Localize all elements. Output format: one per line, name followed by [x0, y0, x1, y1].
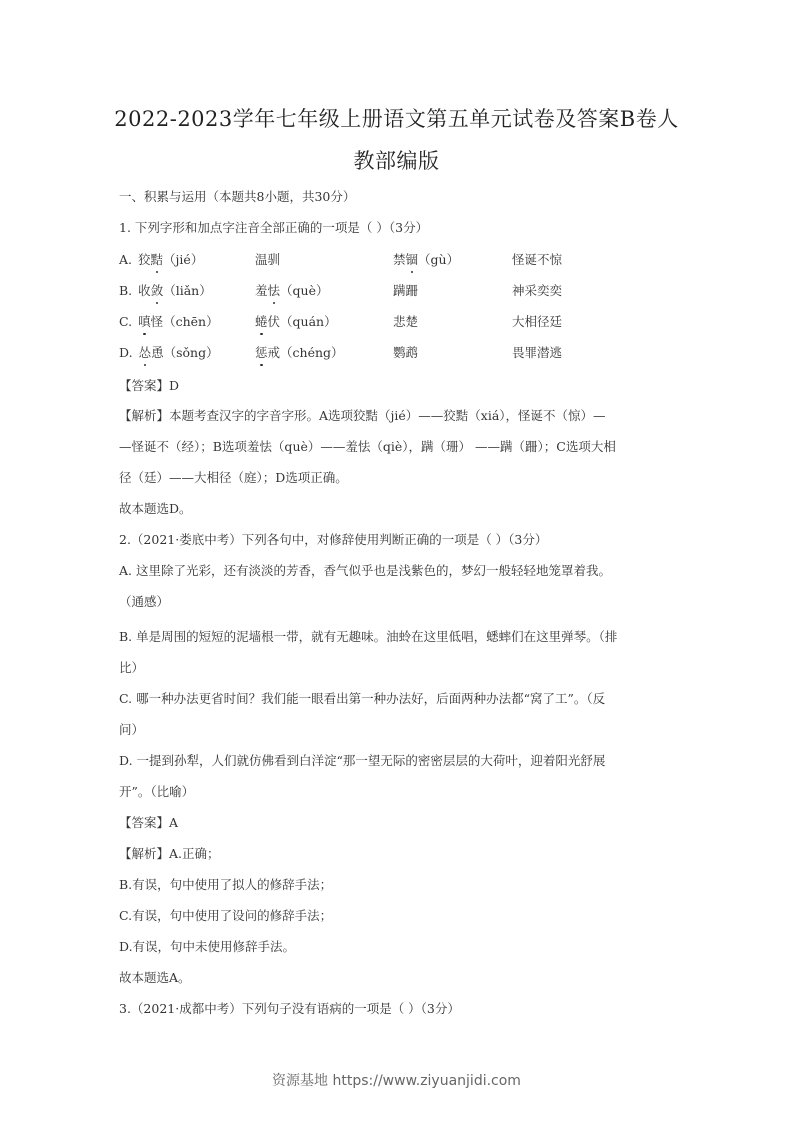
emphasis-dot-char: 嗔: [138, 312, 151, 330]
option-item: 温驯: [255, 250, 280, 268]
option-item: C.嗔怪（chēn）: [119, 312, 219, 330]
question-1-stem: 1. 下列字形和加点字注音全部正确的一项是（ ）（3分）: [119, 218, 428, 236]
emphasis-dot-char: 惩: [255, 343, 268, 361]
question-1-analysis-line: —怪诞不（经）；B选项羞怯（què）——羞怯（qiè），蹒（珊） ——蹒（跚）；…: [119, 437, 616, 455]
question-2-option-line: （通感）: [119, 592, 169, 610]
word-text: 禁: [393, 252, 406, 267]
option-item: 蜷伏（quán）: [255, 312, 337, 330]
option-label: A.: [119, 252, 132, 267]
question-3-stem: 3.（2021·成都中考）下列句子没有语病的一项是（ ）（3分）: [119, 999, 460, 1017]
emphasis-dot-char: 怯: [268, 281, 281, 299]
pinyin-text: 戒（chéng）: [268, 345, 344, 360]
pinyin-text: （jié）: [163, 252, 203, 267]
option-item: 悲楚: [393, 312, 418, 330]
word-text: 鹦鹉: [393, 345, 418, 360]
option-item: D.怂恿（sǒng）: [119, 343, 219, 361]
question-2-option-line: A. 这里除了光彩，还有淡淡的芳香，香气似乎也是浅紫色的，梦幻一般轻轻地笼罩着我…: [119, 561, 611, 579]
question-2-option-line: C. 哪一种办法更省时间？我们能一眼看出第一种办法好，后面两种办法都“窝了工”。…: [119, 689, 605, 707]
word-text: 羞: [255, 283, 268, 298]
emphasis-dot-char: 黠: [151, 250, 164, 268]
option-item: 畏罪潜逃: [512, 343, 562, 361]
word-text: 神采奕奕: [512, 283, 562, 298]
question-2-analysis-line: B.有误，句中使用了拟人的修辞手法；: [119, 875, 332, 893]
emphasis-dot-char: 敛: [151, 281, 164, 299]
word-text: 怪诞不惊: [512, 252, 562, 267]
question-2-option-line: 比）: [119, 658, 144, 676]
option-label: C.: [119, 314, 132, 329]
question-2-option-line: 开”。（比喻）: [119, 782, 194, 800]
question-2-answer: 【答案】A: [119, 813, 178, 831]
question-2-option-line: B. 单是周围的短短的泥墙根一带，就有无趣味。油蛉在这里低唱，蟋蟀们在这里弹琴。…: [119, 627, 617, 645]
word-text: 狡: [138, 252, 151, 267]
pinyin-text: 伏（quán）: [268, 314, 337, 329]
question-2-stem: 2.（2021·娄底中考）下列各句中，对修辞使用判断正确的一项是（ ）（3分）: [119, 530, 547, 548]
option-item: 大相径廷: [512, 312, 562, 330]
option-item: B.收敛（liǎn）: [119, 281, 212, 299]
word-text: 大相径廷: [512, 314, 562, 329]
question-2-analysis-line: D.有误，句中未使用修辞手法。: [119, 937, 295, 955]
word-text: 悲楚: [393, 314, 418, 329]
document-title-line1: 2022-2023学年七年级上册语文第五单元试卷及答案B卷人: [110, 98, 683, 140]
pinyin-text: （gù）: [418, 252, 459, 267]
question-1-analysis-line: 【解析】本题考查汉字的字音字形。A选项狡黠（jié）——狡黠（xiá），怪诞不（…: [119, 406, 606, 424]
emphasis-dot-char: 蜷: [255, 312, 268, 330]
question-1-conclusion: 故本题选D。: [119, 499, 192, 517]
option-label: D.: [119, 345, 133, 360]
option-label: B.: [119, 283, 132, 298]
question-2-option-line: D. 一提到孙犁，人们就仿佛看到白洋淀“那一望无际的密密层层的大荷叶，迎着阳光舒…: [119, 751, 605, 769]
question-2-analysis-line: 【解析】A.正确；: [119, 844, 220, 862]
option-item: 禁锢（gù）: [393, 250, 459, 268]
question-2-option-line: 问）: [119, 720, 144, 738]
pinyin-text: （què）: [280, 283, 328, 298]
document-title-line2: 教部编版: [110, 140, 683, 182]
option-item: 羞怯（què）: [255, 281, 328, 299]
option-item: 蹒跚: [393, 281, 418, 299]
section-heading: 一、积累与运用（本题共8小题，共30分）: [119, 187, 355, 205]
word-text: 蹒跚: [393, 283, 418, 298]
question-1-answer: 【答案】D: [119, 376, 179, 394]
word-text: 温驯: [255, 252, 280, 267]
option-item: 神采奕奕: [512, 281, 562, 299]
question-1-analysis-line: 径（廷）——大相径（庭）；D选项正确。: [119, 468, 348, 486]
pinyin-text: 怪（chēn）: [151, 314, 219, 329]
pinyin-text: 恿（sǒng）: [151, 345, 219, 360]
option-item: A.狡黠（jié）: [119, 250, 203, 268]
word-text: 收: [138, 283, 151, 298]
footer-watermark: 资源基地 https://www.ziyuanjidi.com: [0, 1070, 793, 1090]
option-item: 怪诞不惊: [512, 250, 562, 268]
option-item: 鹦鹉: [393, 343, 418, 361]
emphasis-dot-char: 怂: [139, 343, 152, 361]
question-2-conclusion: 故本题选A。: [119, 968, 191, 986]
option-item: 惩戒（chéng）: [255, 343, 344, 361]
pinyin-text: （liǎn）: [163, 283, 212, 298]
word-text: 畏罪潜逃: [512, 345, 562, 360]
emphasis-dot-char: 锢: [406, 250, 419, 268]
question-2-analysis-line: C.有误，句中使用了设问的修辞手法；: [119, 906, 332, 924]
